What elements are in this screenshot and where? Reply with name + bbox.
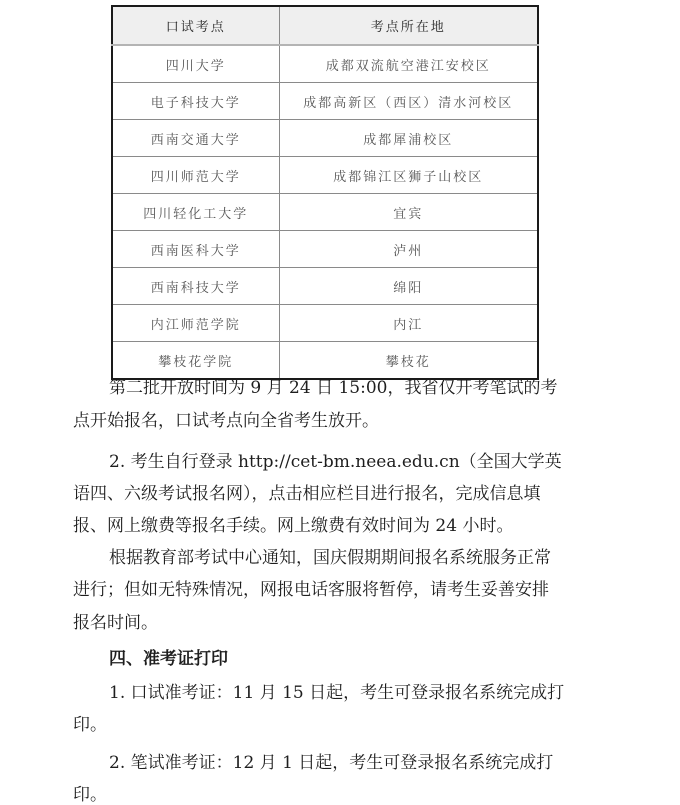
table-header-row: 口试考点 考点所在地 <box>112 6 538 45</box>
cell-site: 西南科技大学 <box>112 268 279 305</box>
cell-location: 内江 <box>279 305 538 342</box>
section-heading-admission-ticket: 四、准考证打印 <box>109 648 619 670</box>
table-row: 电子科技大学 成都高新区（西区）清水河校区 <box>112 83 538 120</box>
cell-site: 西南医科大学 <box>112 231 279 268</box>
cell-site: 四川师范大学 <box>112 157 279 194</box>
cell-site: 内江师范学院 <box>112 305 279 342</box>
paragraph-line: 进行；但如无特殊情况，网报电话客服将暂停，请考生妥善安排 <box>73 579 583 601</box>
paragraph-line: 第二批开放时间为 9 月 24 日 15:00，我省仅开考笔试的考 <box>109 377 619 399</box>
paragraph-line: 报、网上缴费等报名手续。网上缴费有效时间为 24 小时。 <box>73 515 583 537</box>
table-row: 四川轻化工大学 宜宾 <box>112 194 538 231</box>
header-site-location: 考点所在地 <box>279 6 538 45</box>
cell-site: 西南交通大学 <box>112 120 279 157</box>
cell-site: 四川轻化工大学 <box>112 194 279 231</box>
table-row: 西南科技大学 绵阳 <box>112 268 538 305</box>
cell-location: 泸州 <box>279 231 538 268</box>
table-row: 四川师范大学 成都锦江区狮子山校区 <box>112 157 538 194</box>
cell-location: 绵阳 <box>279 268 538 305</box>
table-row: 西南医科大学 泸州 <box>112 231 538 268</box>
cell-location: 成都双流航空港江安校区 <box>279 45 538 83</box>
table-row: 西南交通大学 成都犀浦校区 <box>112 120 538 157</box>
table-row: 内江师范学院 内江 <box>112 305 538 342</box>
paragraph-line: 2. 笔试准考证：12 月 1 日起，考生可登录报名系统完成打 <box>109 752 619 774</box>
cell-site: 电子科技大学 <box>112 83 279 120</box>
paragraph-line: 印。 <box>73 784 583 805</box>
header-oral-exam-site: 口试考点 <box>112 6 279 45</box>
paragraph-line: 1. 口试准考证：11 月 15 日起，考生可登录报名系统完成打 <box>109 682 619 704</box>
paragraph-line: 语四、六级考试报名网），点击相应栏目进行报名，完成信息填 <box>73 483 583 505</box>
cell-location: 成都高新区（西区）清水河校区 <box>279 83 538 120</box>
paragraph-line: 点开始报名，口试考点向全省考生放开。 <box>73 410 583 432</box>
cell-site: 四川大学 <box>112 45 279 83</box>
paragraph-line: 报名时间。 <box>73 612 583 634</box>
oral-exam-sites-table: 口试考点 考点所在地 四川大学 成都双流航空港江安校区 电子科技大学 成都高新区… <box>111 5 539 380</box>
paragraph-line: 印。 <box>73 714 583 736</box>
cell-site: 攀枝花学院 <box>112 342 279 380</box>
cell-location: 成都犀浦校区 <box>279 120 538 157</box>
cell-location: 成都锦江区狮子山校区 <box>279 157 538 194</box>
cell-location: 攀枝花 <box>279 342 538 380</box>
cell-location: 宜宾 <box>279 194 538 231</box>
paragraph-line: 根据教育部考试中心通知，国庆假期期间报名系统服务正常 <box>109 547 619 569</box>
paragraph-line: 2. 考生自行登录 http://cet-bm.neea.edu.cn（全国大学… <box>109 451 619 473</box>
table-row: 四川大学 成都双流航空港江安校区 <box>112 45 538 83</box>
table-row: 攀枝花学院 攀枝花 <box>112 342 538 380</box>
